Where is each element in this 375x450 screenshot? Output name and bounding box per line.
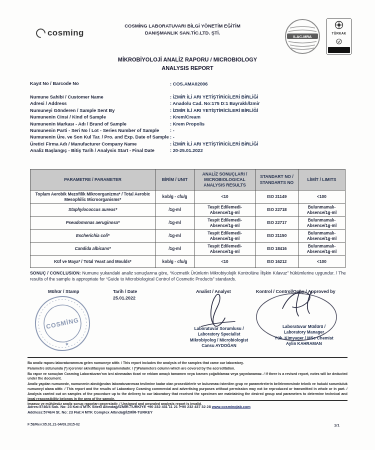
note-line: Analiz yapılan numunede, numunenin alınd… xyxy=(28,382,348,402)
note-line: Parametre sütununda (*) içerenler akredi… xyxy=(28,366,348,371)
analyst-label: Analist / Analyst xyxy=(196,289,231,294)
info-row-customer: Numune Sahibi / Customer Name : İZMİR İL… xyxy=(30,94,345,101)
cell-result: <10 xyxy=(194,255,255,268)
divider-bottom xyxy=(28,400,348,401)
results-table: PARAMETRE / PARAMETER BİRİM / UNIT ANALİ… xyxy=(30,169,346,268)
header-results: ANALİZ SONUÇLARI / MICROBIOLOGICAL ANALY… xyxy=(194,169,255,190)
info-label: Numuneyi Gönderen / Sample Sent By xyxy=(30,107,170,114)
footer-address-en: Address:5746/4 St. No: 23 Flat:4 MTK Com… xyxy=(28,410,348,416)
info-label: Numunenin Parti - Seri No / Lot - Series… xyxy=(30,128,170,135)
cosming-logo-icon xyxy=(34,26,47,39)
cell-parameter: Staphylococcus aureus* xyxy=(30,203,155,216)
approver-name: Aylin KAHRAMAN xyxy=(264,341,344,347)
document-code: F:58/Rev:05.01.21-04/09.2015-02 xyxy=(28,423,80,427)
cosming-logo-text: cosming xyxy=(48,28,84,38)
svg-text:ILAC-MRA: ILAC-MRA xyxy=(293,35,312,39)
website-link[interactable]: www.cosminglab.com xyxy=(212,405,251,410)
info-row-lot: Numunenin Parti - Seri No / Lot - Series… xyxy=(30,128,345,135)
turkak-label: TÜRKAK xyxy=(332,32,347,36)
accreditation-logos: ILAC-MRA TÜRKAK xyxy=(284,18,352,55)
info-label: Numune Sahibi / Customer Name xyxy=(30,94,170,101)
cell-standard: ISO 21149 xyxy=(255,190,298,203)
info-row-kind: Numunenin Cinsi / Kind of Sample : Krem/… xyxy=(30,114,345,121)
table-row: Küf ve Maya* / Total Yeast and Moulds* k… xyxy=(30,255,345,268)
date-value: 25.01.2022 xyxy=(113,296,136,301)
header-unit: BİRİM / UNIT xyxy=(155,169,194,190)
cell-unit: /1g-ml xyxy=(155,229,194,242)
record-number-value: : COS.AMA02006 xyxy=(170,81,345,88)
table-row: Staphylococcus aureus* /1g-ml Tespit Edi… xyxy=(30,203,345,216)
cell-limit: Bulunmamalı- Absence/1g-ml xyxy=(298,216,345,229)
info-row-analysis-dates: Analiz Başlangıç - Bitiş Tarih / Analysi… xyxy=(30,148,345,155)
info-row-manufacturer: Üretici Firma Adı / Manufacturer Company… xyxy=(30,141,345,148)
cell-standard: ISO 21150 xyxy=(255,229,298,242)
info-value: : 20-25.01.2022 xyxy=(170,148,345,155)
cell-unit: kob/g - cfu/g xyxy=(155,255,194,268)
conclusion: SONUÇ / CONCLUSION: Numune yukarıdaki an… xyxy=(30,270,346,282)
info-label: Numunenin Cinsi / Kind of Sample xyxy=(30,114,170,121)
info-row-address: Adresi / Address : Anadolu Cad. No:175 D… xyxy=(30,101,345,108)
phone-numbers: +90 232 431 11 21 /+90 232 437 32 28 xyxy=(147,405,212,410)
analyst-name: Cansu AYDOĞAN xyxy=(179,343,259,349)
cell-standard: ISO 22718 xyxy=(255,203,298,216)
divider-top xyxy=(28,357,348,358)
cell-standard: ISO 16212 xyxy=(255,255,298,268)
lab-round-stamp: COSMİNG ★ xyxy=(33,294,92,356)
address-tr-text: Adres:5746/4 Sok. No: 23 Kat:4 MTK Sites… xyxy=(28,405,148,410)
analyst-block: Laboratuvar Sorumlusu / Laboratory Speci… xyxy=(179,326,259,349)
info-value: : İZMİR İLİ ARI YETİŞTİRİCİLERİ BİRLİĞİ xyxy=(170,94,345,101)
date-label: Tarih / Date xyxy=(113,289,137,294)
report-title: MİKROBİYOLOJİ ANALİZ RAPORU / MICROBIOLO… xyxy=(103,56,273,73)
cell-limit: Bulunmamalı- Absence/1g-ml xyxy=(298,242,345,255)
cell-limit: <100 xyxy=(298,190,345,203)
cell-result: <10 xyxy=(194,190,255,203)
header-standard: STANDART NO / STANDARTS NO xyxy=(255,169,298,190)
info-value: : Anadolu Cad. No:175 D:1 Bayraklı/İzmir xyxy=(170,101,345,108)
conclusion-label: SONUÇ / CONCLUSION: xyxy=(30,271,81,276)
footer: Adres:5746/4 Sok. No: 23 Kat:4 MTK Sites… xyxy=(28,404,348,415)
header-parameter: PARAMETRE / PARAMETER xyxy=(30,169,155,190)
info-label: Numunenin Markası - Adı / Brand of Sampl… xyxy=(30,121,170,128)
record-number-label: Kayıt No / Barcode No xyxy=(30,81,170,88)
cell-unit: /1g-ml xyxy=(155,242,194,255)
info-value: : Krem/Cream xyxy=(170,114,345,121)
info-label: Adresi / Address xyxy=(30,101,170,108)
cell-result: Tespit Edilemedi- Absence/1g-ml xyxy=(194,242,255,255)
cell-parameter: Toplam Aerobik Mezofilik Mikroorganizma*… xyxy=(30,190,155,203)
cell-limit: Bulunmamalı- Absence/1g-ml xyxy=(298,229,345,242)
svg-text:★: ★ xyxy=(64,341,70,347)
turkak-check-icon xyxy=(336,38,342,44)
record-number-row: Kayıt No / Barcode No : COS.AMA02006 xyxy=(30,81,345,88)
report-document: cosming COSMİNG LABORATUVARI BİLGİ YÖNET… xyxy=(0,0,375,450)
table-row: Escherichia coli* /1g-ml Tespit Edilemed… xyxy=(30,229,345,242)
turkak-bar xyxy=(328,47,350,53)
cell-parameter: Candida albicans* xyxy=(30,242,155,255)
approver-label: Kontrol / Control/Onay / Approved by xyxy=(256,289,335,294)
note-line: Bu rapor ve sonuçları Cosming Laboratuva… xyxy=(28,372,348,382)
cell-result: Tespit Edilemedi- Absence/1g-ml xyxy=(194,203,255,216)
table-row: Toplam Aerobik Mezofilik Mikroorganizma*… xyxy=(30,190,345,203)
report-page: cosming COSMİNG LABORATUVARI BİLGİ YÖNET… xyxy=(0,0,375,450)
analyst-signature xyxy=(186,291,241,330)
info-row-dates-of-sample: Numunenin Üre. ve Son Kul Tar. / Pro. an… xyxy=(30,134,345,141)
company-line1: COSMİNG LABORATUVARI BİLGİ YÖNETİM EĞİTİ… xyxy=(100,23,265,30)
info-value: : İZMİR İLİ ARI YETİŞTİRİCİLERİ BİRLİĞİ xyxy=(170,141,345,148)
cell-unit: kob/g - cfu/g xyxy=(155,190,194,203)
cell-standard: ISO 22717 xyxy=(255,216,298,229)
report-title-line2: ANALYSIS REPORT xyxy=(103,64,273,72)
cell-parameter: Pseudomonas aeruginosa* xyxy=(30,216,155,229)
cosming-logo: cosming xyxy=(36,28,84,38)
table-row: Candida albicans* /1g-ml Tespit Edilemed… xyxy=(30,242,345,255)
cell-unit: /1g-ml xyxy=(155,216,194,229)
info-label: Analiz Başlangıç - Bitiş Tarih / Analysi… xyxy=(30,148,170,155)
cell-standard: ISO 18416 xyxy=(255,242,298,255)
turkak-emblem-icon xyxy=(335,21,344,30)
report-title-line1: MİKROBİYOLOJİ ANALİZ RAPORU / MICROBIOLO… xyxy=(103,56,273,64)
table-header-row: PARAMETRE / PARAMETER BİRİM / UNIT ANALİ… xyxy=(30,169,345,190)
ilac-mra-stamp-icon: ILAC-MRA xyxy=(284,18,321,55)
info-label: Üretici Firma Adı / Manufacturer Company… xyxy=(30,141,170,148)
cell-limit: Bulunmamalı- Absence/1g-ml xyxy=(298,203,345,216)
cell-unit: /1g-ml xyxy=(155,203,194,216)
cell-parameter: Küf ve Maya* / Total Yeast and Moulds* xyxy=(30,255,155,268)
approver-block: Laboratuvar Müdürü / Laboratory Manager … xyxy=(264,324,344,347)
cell-result: Tespit Edilemedi- Absence/1g-ml xyxy=(194,229,255,242)
info-label: Numunenin Üre. ve Son Kul Tar. / Pro. an… xyxy=(30,134,170,141)
info-value: : - xyxy=(170,128,345,135)
info-value: : - xyxy=(170,134,345,141)
company-name: COSMİNG LABORATUVARI BİLGİ YÖNETİM EĞİTİ… xyxy=(100,23,265,37)
cell-result: Tespit Edilemedi- Absence/1g-ml xyxy=(194,216,255,229)
header-limit: LİMİT / LIMITS xyxy=(298,169,345,190)
info-row-sent-by: Numuneyi Gönderen / Sample Sent By : İZM… xyxy=(30,107,345,114)
cell-limit: <100 xyxy=(298,255,345,268)
info-value: : İZMİR İLİ ARI YETİŞTİRİCİLERİ BİRLİĞİ xyxy=(170,107,345,114)
info-row-brand: Numunenin Markası - Adı / Brand of Sampl… xyxy=(30,121,345,128)
turkak-logo: TÜRKAK xyxy=(326,18,352,55)
svg-text:COSMİNG: COSMİNG xyxy=(46,317,80,331)
table-row: Pseudomonas aeruginosa* /1g-ml Tespit Ed… xyxy=(30,216,345,229)
note-line: Bu analiz raporu laboratuvarımıza gelen … xyxy=(28,361,348,366)
company-line2: DANIŞMANLIK SAN.TİC.LTD. ŞTİ. xyxy=(100,30,265,37)
info-value: : Krem Propolis xyxy=(170,121,345,128)
page-number: 1/1 xyxy=(334,423,340,428)
sample-info: Numune Sahibi / Customer Name : İZMİR İL… xyxy=(30,94,345,154)
cell-parameter: Escherichia coli* xyxy=(30,229,155,242)
